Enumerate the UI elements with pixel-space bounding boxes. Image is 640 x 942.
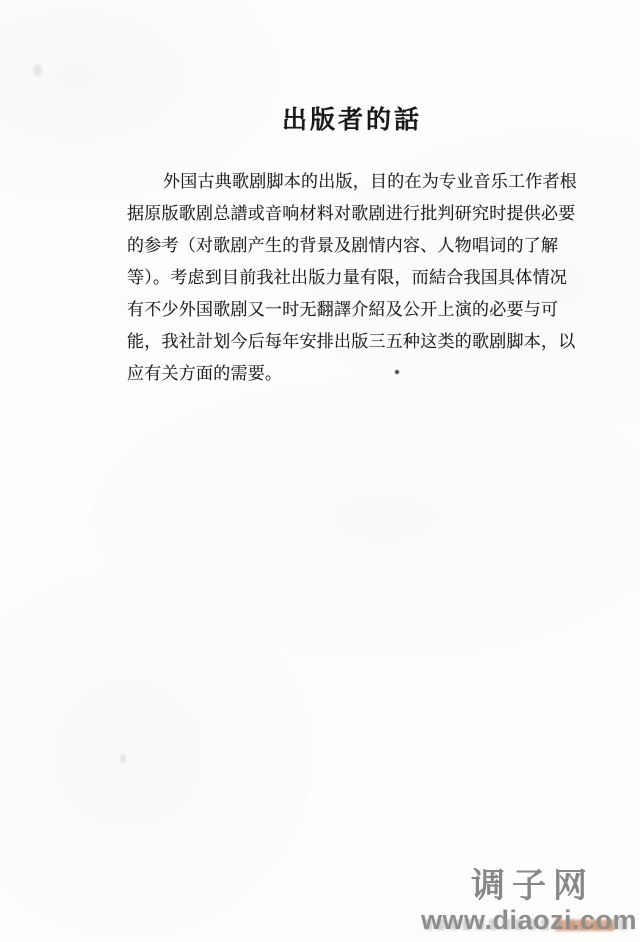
paragraph-line: 应有关方面的需要。 [127,358,577,390]
paragraph-line: 据原版歌剧总譜或音响材料对歌剧进行批判研究时提供必要 [127,198,577,230]
paragraph-line: 有不少外国歌剧又一时无翻譯介紹及公开上演的必要与可 [127,294,577,326]
watermark-site-url: www.diaozi.com [418,906,640,934]
scan-speck [120,754,126,763]
paragraph-line: 的参考（对歌剧产生的背景及剧情内容、人物唱词的了解 [127,230,577,262]
watermark: 调子网 www.diaozi.com [418,868,640,934]
paragraph-line: 外国古典歌剧脚本的出版，目的在为专业音乐工作者根 [127,166,577,198]
scan-speck [33,64,42,76]
page-content: 出版者的話 外国古典歌剧脚本的出版，目的在为专业音乐工作者根 据原版歌剧总譜或音… [127,100,577,390]
scanned-book-page: 出版者的話 外国古典歌剧脚本的出版，目的在为专业音乐工作者根 据原版歌剧总譜或音… [0,0,640,942]
paragraph-line: 等）。考虑到目前我社出版力量有限，而結合我国具体情况 [127,262,577,294]
page-title: 出版者的話 [127,100,577,136]
publisher-note-paragraph: 外国古典歌剧脚本的出版，目的在为专业音乐工作者根 据原版歌剧总譜或音响材料对歌剧… [127,166,577,390]
watermark-site-name: 调子网 [418,868,640,905]
paragraph-line: 能，我社計划今后每年安排出版三五种这类的歌剧脚本，以 [127,326,577,358]
